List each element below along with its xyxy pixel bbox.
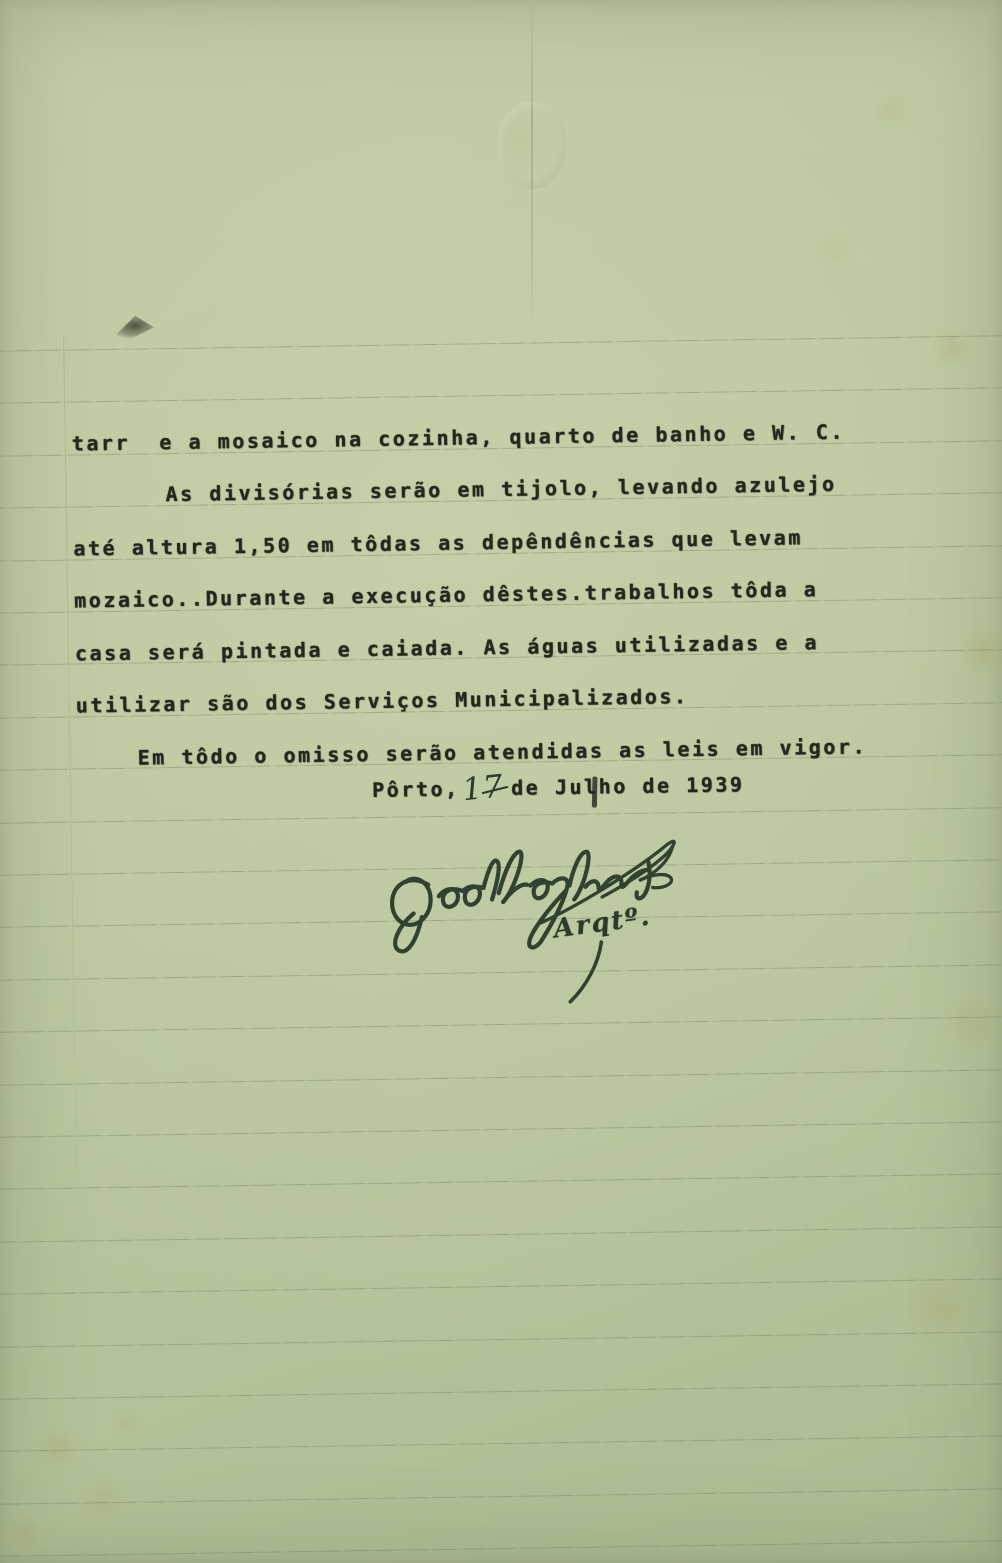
ruled-line (0, 1173, 1002, 1191)
typed-line: tarr e a mosaico na cozinha, quarto de b… (72, 419, 846, 457)
date-line: Pôrto,17de Julho de 1939 (372, 768, 745, 803)
handwritten-day: 17 (461, 773, 505, 803)
ruled-lines (0, 0, 990, 8)
date-rest: de Julho de 1939 (511, 772, 745, 800)
typewriter-overstrike-mark (592, 777, 598, 808)
typed-line: casa será pintada e caiada. As águas uti… (75, 629, 819, 666)
ruled-line (0, 1382, 1002, 1400)
ruled-line (0, 1120, 1002, 1138)
handwritten-signature-flourish (356, 819, 710, 1021)
ruled-line (0, 387, 1002, 405)
ruled-line (0, 1278, 1002, 1296)
ruled-and-text-layer: tarr e a mosaico na cozinha, quarto de b… (0, 0, 1002, 1563)
typed-line: mozaico..Durante a execução dêstes.traba… (74, 576, 818, 613)
document-page: tarr e a mosaico na cozinha, quarto de b… (0, 0, 1002, 1563)
ruled-line (0, 1487, 1002, 1505)
date-place: Pôrto, (372, 777, 460, 802)
typed-line: Em tôdo o omisso serão atendidas as leis… (137, 733, 867, 770)
typed-line: As divisórias serão em tijolo, levando a… (165, 471, 837, 507)
signature-block: Arqtº. (356, 819, 710, 1021)
typed-text-block: tarr e a mosaico na cozinha, quarto de b… (0, 0, 990, 8)
typed-line: utilizar são dos Serviços Municipalizado… (76, 683, 689, 718)
ruled-line (0, 1330, 1002, 1348)
ruled-line (0, 334, 1002, 352)
margin-line (63, 337, 83, 1563)
typed-line: até altura 1,50 em tôdas as depêndências… (73, 524, 803, 561)
ruled-line (0, 1435, 1002, 1453)
ruled-line (0, 1068, 1002, 1086)
ruled-line (0, 1539, 1002, 1557)
ruled-line (0, 1225, 1002, 1243)
ruled-line (0, 1016, 1002, 1034)
ruled-line (0, 806, 1002, 824)
